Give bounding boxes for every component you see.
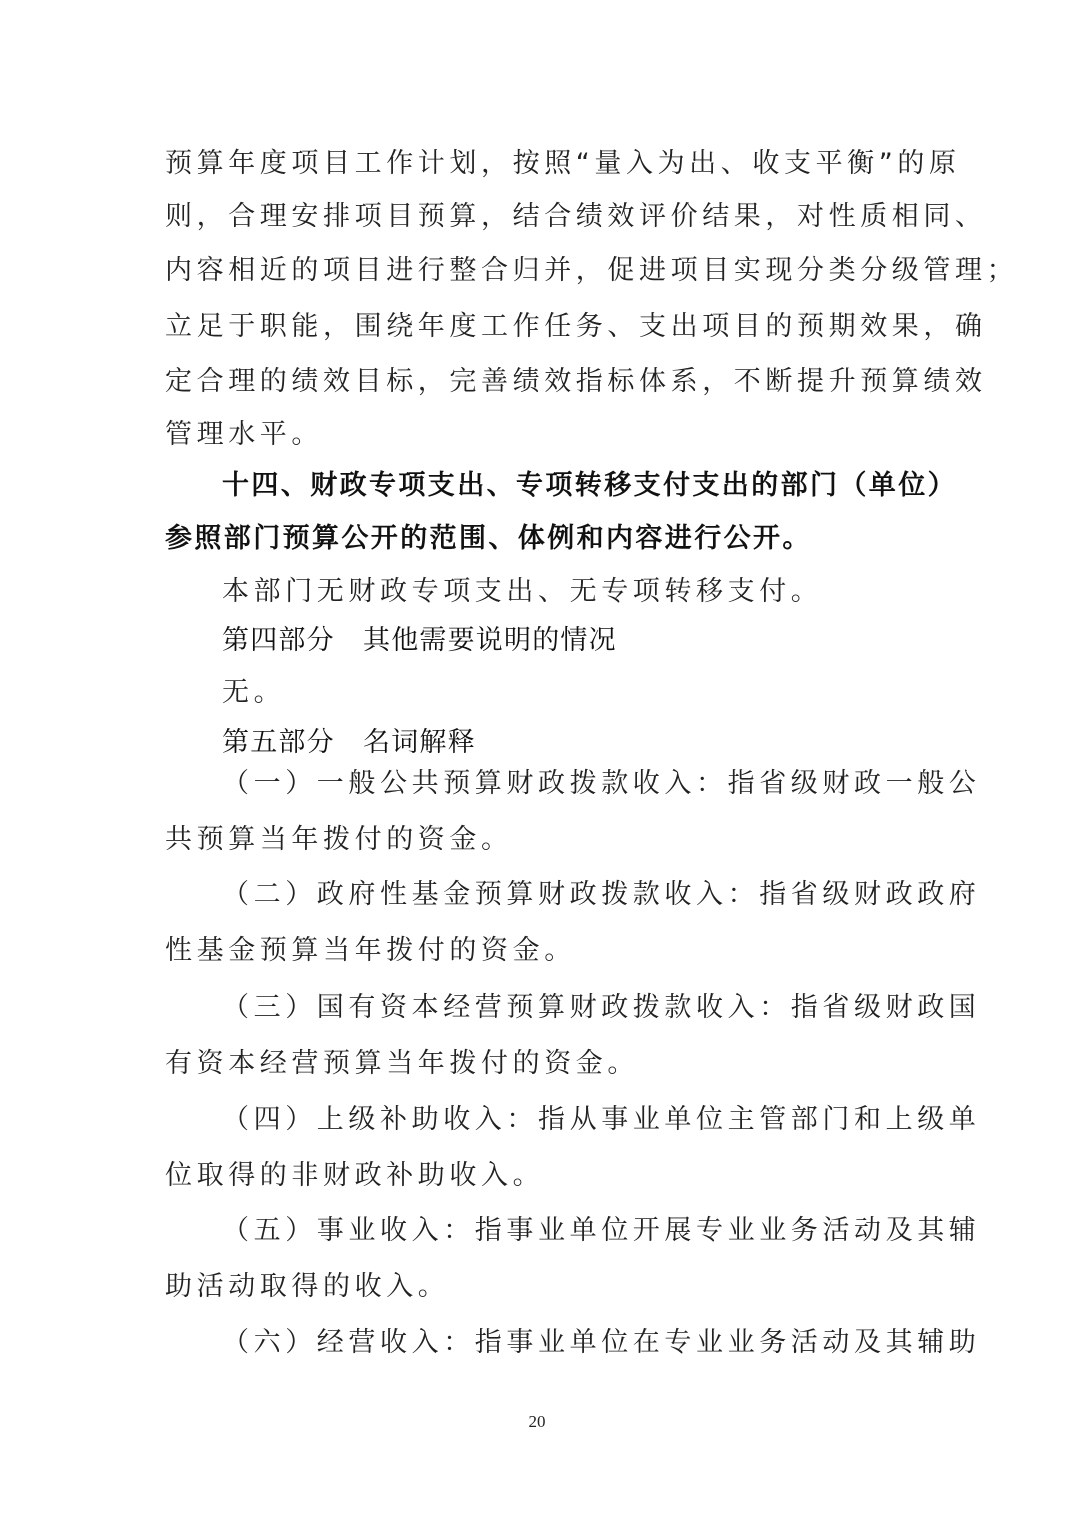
paragraph-line: 管理水平。 xyxy=(165,418,925,452)
paragraph-line: 立足于职能，围绕年度工作任务、支出项目的预期效果，确 xyxy=(165,310,925,344)
paragraph-line: 则，合理安排项目预算，结合绩效评价结果，对性质相同、 xyxy=(165,200,925,234)
definition-line: 共预算当年拨付的资金。 xyxy=(165,823,925,857)
section-heading-fourteen: 十四、财政专项支出、专项转移支付支出的部门（单位） xyxy=(222,469,982,503)
section-heading-fourteen-cont: 参照部门预算公开的范围、体例和内容进行公开。 xyxy=(165,522,925,556)
paragraph-line: 无。 xyxy=(222,676,982,710)
definition-line: （四）上级补助收入：指从事业单位主管部门和上级单 xyxy=(222,1103,982,1137)
page-number: 20 xyxy=(0,1412,1074,1432)
definition-line: （五）事业收入：指事业单位开展专业业务活动及其辅 xyxy=(222,1214,982,1248)
definition-line: （六）经营收入：指事业单位在专业业务活动及其辅助 xyxy=(222,1326,982,1360)
definition-line: （二）政府性基金预算财政拨款收入：指省级财政政府 xyxy=(222,878,982,912)
definition-line: （三）国有资本经营预算财政拨款收入：指省级财政国 xyxy=(222,991,982,1025)
definition-line: 位取得的非财政补助收入。 xyxy=(165,1159,925,1193)
paragraph-line: 本部门无财政专项支出、无专项转移支付。 xyxy=(222,575,982,609)
definition-line: （一）一般公共预算财政拨款收入：指省级财政一般公 xyxy=(222,767,982,801)
paragraph-line: 定合理的绩效目标，完善绩效指标体系，不断提升预算绩效 xyxy=(165,365,925,399)
definition-line: 有资本经营预算当年拨付的资金。 xyxy=(165,1047,925,1081)
definition-line: 性基金预算当年拨付的资金。 xyxy=(165,934,925,968)
paragraph-line: 内容相近的项目进行整合归并，促进项目实现分类分级管理； xyxy=(165,254,925,288)
paragraph-line: 预算年度项目工作计划，按照“量入为出、收支平衡”的原 xyxy=(165,147,925,181)
definition-line: 助活动取得的收入。 xyxy=(165,1270,925,1304)
part-five-heading: 第五部分 名词解释 xyxy=(222,726,982,760)
document-page: 预算年度项目工作计划，按照“量入为出、收支平衡”的原 则，合理安排项目预算，结合… xyxy=(0,0,1074,1520)
part-four-heading: 第四部分 其他需要说明的情况 xyxy=(222,624,982,658)
